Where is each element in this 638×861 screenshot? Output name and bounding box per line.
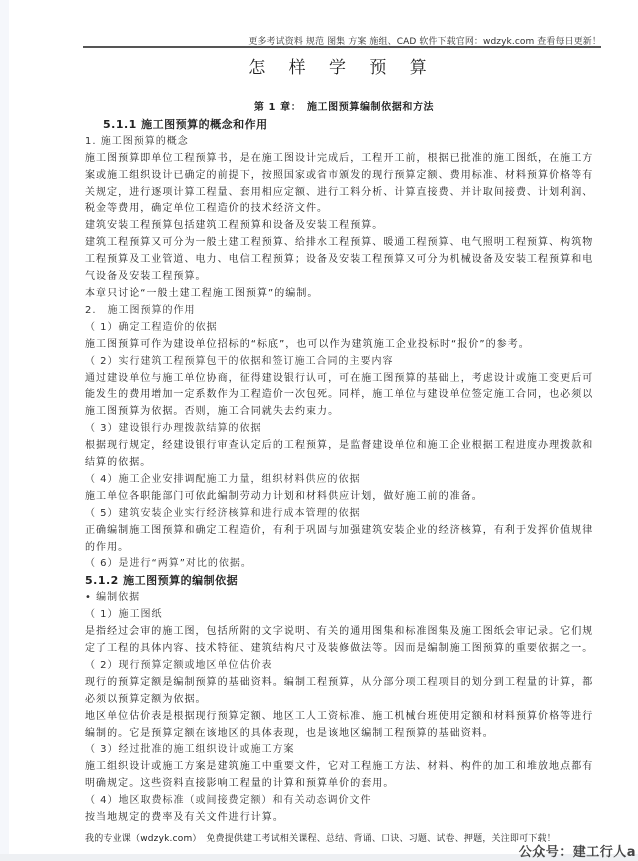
subheading: （ 4）地区取费标准（或间接费定额）和有关动态调价文件 <box>85 793 603 810</box>
paragraph-line: 通过建设单位与施工单位协商，征得建设银行认可，可在施工图预算的基础上，考虑设计或… <box>85 371 603 388</box>
subheading: （ 2）实行建筑工程预算包干的依据和签订施工合同的主要内容 <box>85 354 603 371</box>
paragraph-line: 现行的预算定额是编制预算的基础资料。编制工程预算，从分部分项工程项目的划分到工程… <box>85 675 603 692</box>
paragraph-line: 根据现行规定，经建设银行审查认定后的工程预算，是监督建设单位和施工企业根据工程进… <box>85 438 603 455</box>
paragraph-line: 是指经过会审的施工图，包括所附的文字说明、有关的通用图集和标准图集及施工图纸会审… <box>85 624 603 641</box>
paragraph-line: 工程预算及工业管道、电力、电信工程预算；设备及安装工程预算又可分为机械设备及安装… <box>85 252 603 269</box>
subheading: （ 4）施工企业安排调配施工力量，组织材料供应的依据 <box>85 472 603 489</box>
paragraph-line: 案或施工组织设计已确定的前提下，按照国家或省市颁发的现行预算定额、费用标准、材料… <box>85 168 603 185</box>
watermark: 公众号：建工行人a <box>519 841 636 860</box>
paragraph-line: 本章只讨论“一般土建工程施工图预算”的编制。 <box>85 286 603 303</box>
paragraph-line: 税金等费用，确定单位工程造价的技术经济文件。 <box>85 201 603 218</box>
body-lines: 5.1.1 施工图预算的概念和作用1. 施工图预算的概念施工图预算即单位工程预算… <box>85 117 603 827</box>
paragraph-line: 结算的依据。 <box>85 455 603 472</box>
subheading: （ 2）现行预算定额或地区单位估价表 <box>85 658 603 675</box>
paragraph-line: 施工图预算即单位工程预算书，是在施工图设计完成后，工程开工前，根据已批准的施工图… <box>85 151 603 168</box>
paragraph-line: 建筑工程预算又可分为一般土建工程预算、给排水工程预算、暖通工程预算、电气照明工程… <box>85 235 603 252</box>
paragraph-line: 能发生的费用增加一定系数作为工程造价一次包死。同样，施工单位与建设单位签定施工合… <box>85 387 603 404</box>
paragraph-line: 施工图预算可作为建设单位招标的“标底”，也可以作为建筑施工企业投标时“报价”的参… <box>85 337 603 354</box>
paragraph-line: 按当地规定的费率及有关文件进行计算。 <box>85 810 603 827</box>
paragraph-line: 建筑安装工程预算包括建筑工程预算和设备及安装工程预算。 <box>85 218 603 235</box>
paragraph-line: 施工图预算为依据。否则，施工合同就失去约束力。 <box>85 404 603 421</box>
subheading: （ 5）建筑安装企业实行经济核算和进行成本管理的依据 <box>85 506 603 523</box>
paragraph-line: 定了工程的具体内容、技术特征、建筑结构尺寸及装修做法等。因而是编制施工图预算的重… <box>85 641 603 658</box>
paragraph-line: 关规定，进行逐项计算工程量、套用相应定额、进行工料分析、计算直接费、并计取间接费… <box>85 185 603 202</box>
document-title: 怎 样 学 预 算 <box>83 53 601 78</box>
paragraph-line: 气设备及安装工程预算。 <box>85 269 603 286</box>
header-rule <box>83 46 601 48</box>
paragraph-line: 必须以预算定额为依据。 <box>85 692 603 709</box>
section-heading: 5.1.2 施工图预算的编制依据 <box>85 573 603 590</box>
section-heading: 5.1.1 施工图预算的概念和作用 <box>85 117 603 134</box>
paragraph-line: 施工组织设计或施工方案是建筑施工中重要文件，它对工程施工方法、材料、构件的加工和… <box>85 759 603 776</box>
paragraph-line: 明确规定。这些资料直接影响工程量的计算和预算单价的套用。 <box>85 776 603 793</box>
subheading: 1. 施工图预算的概念 <box>85 134 603 151</box>
paragraph-line: 正确编制施工图预算和确定工程造价，有利于巩固与加强建筑安装企业的经济核算，有利于… <box>85 523 603 540</box>
paragraph-line: 地区单位估价表是根据现行预算定额、地区工人工资标准、施工机械台班使用定额和材料预… <box>85 709 603 726</box>
subheading: （ 3）建设银行办理拨款结算的依据 <box>85 421 603 438</box>
subheading: （ 1）施工图纸 <box>85 607 603 624</box>
paragraph-line: 编制的。它是预算定额在该地区的具体表现，也是该地区编制工程预算的基础资料。 <box>85 726 603 743</box>
chapter-heading: 第 1 章： 施工图预算编制依据和方法 <box>85 100 603 117</box>
subheading: 2. 施工图预算的作用 <box>85 303 603 320</box>
subheading: （ 6）是进行“两算”对比的依据。 <box>85 556 603 573</box>
paragraph-line: 施工单位各职能部门可依此编制劳动力计划和材料供应计划，做好施工前的准备。 <box>85 489 603 506</box>
bullet-item: 编制依据 <box>85 590 603 607</box>
paragraph-line: 的作用。 <box>85 540 603 557</box>
subheading: （ 3）经过批准的施工组织设计或施工方案 <box>85 742 603 759</box>
document-body: 第 1 章： 施工图预算编制依据和方法 5.1.1 施工图预算的概念和作用1. … <box>85 100 603 848</box>
left-margin-strip <box>0 0 9 861</box>
subheading: （ 1）确定工程造价的依据 <box>85 320 603 337</box>
